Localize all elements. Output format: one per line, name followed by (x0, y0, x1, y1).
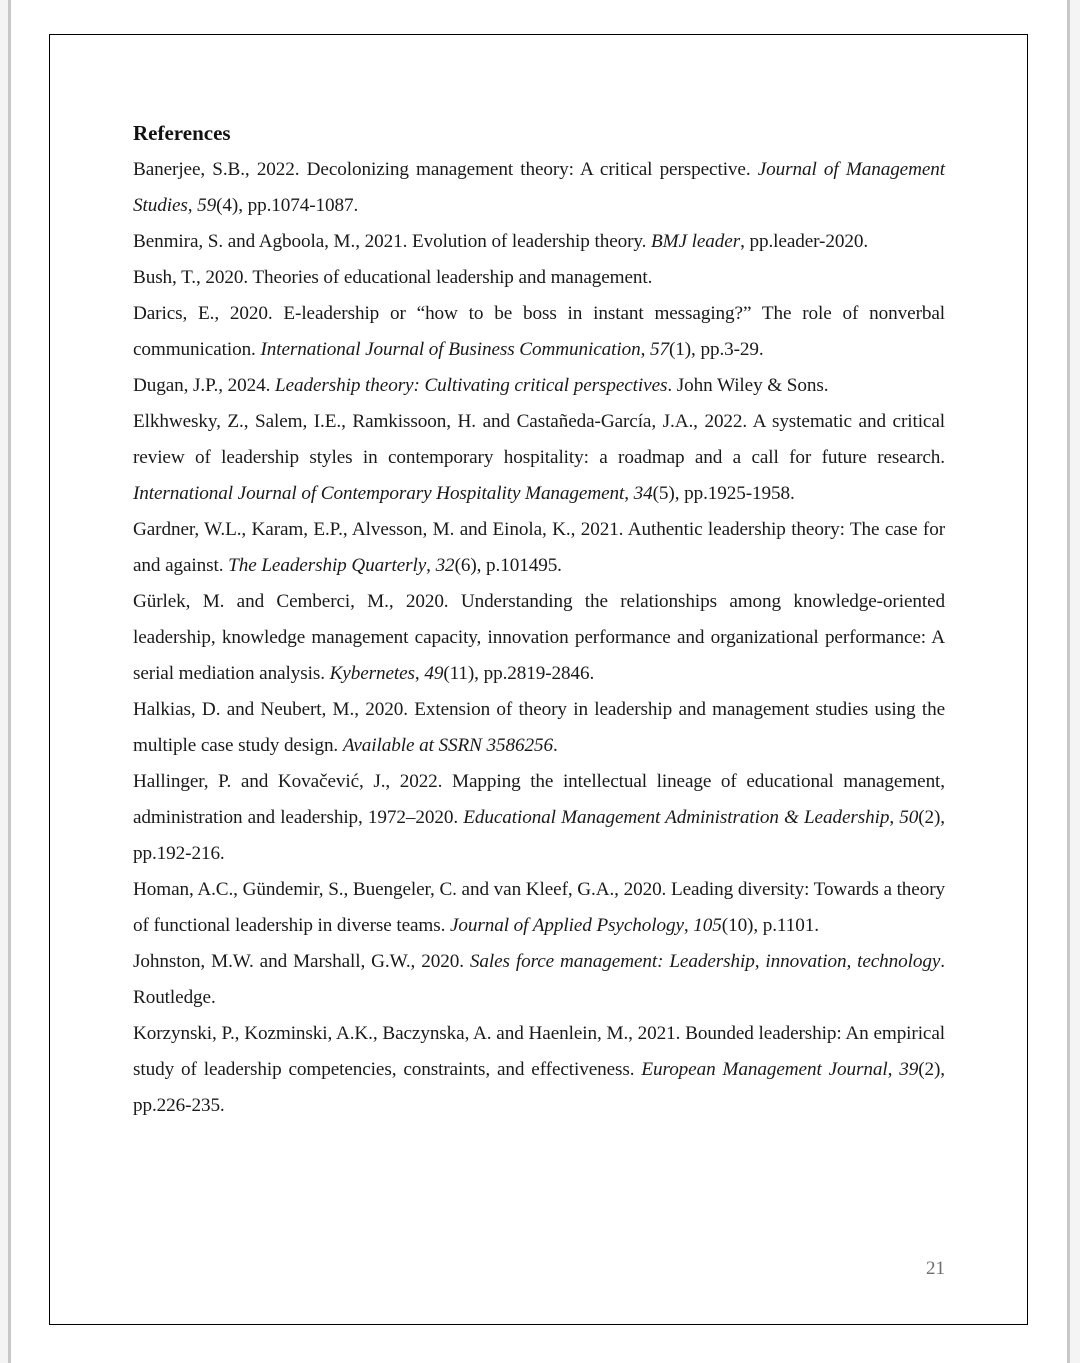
reference-italic-text: 59 (197, 195, 216, 216)
reference-text: , (889, 807, 899, 828)
viewer-left-edge (8, 0, 11, 1363)
references-section: References Banerjee, S.B., 2022. Decolon… (133, 118, 945, 1124)
reference-italic-text: Available at SSRN 3586256 (343, 735, 553, 756)
reference-italic-text: 32 (436, 555, 455, 576)
reference-italic-text: 39 (899, 1059, 918, 1080)
viewer-right-margin (1070, 0, 1080, 1363)
reference-entry: Benmira, S. and Agboola, M., 2021. Evolu… (133, 224, 945, 260)
page-number: 21 (915, 1258, 945, 1280)
reference-text: Johnston, M.W. and Marshall, G.W., 2020. (133, 951, 470, 972)
reference-italic-text: 105 (693, 915, 721, 936)
reference-italic-text: 57 (650, 339, 669, 360)
reference-italic-text: Leadership theory: Cultivating critical … (275, 375, 667, 396)
reference-italic-text: Kybernetes (330, 663, 415, 684)
reference-text: . John Wiley & Sons. (667, 375, 828, 396)
reference-entry: Hallinger, P. and Kovačević, J., 2022. M… (133, 764, 945, 872)
reference-italic-text: 50 (899, 807, 918, 828)
reference-entry: Korzynski, P., Kozminski, A.K., Baczynsk… (133, 1016, 945, 1124)
section-heading: References (133, 118, 945, 148)
reference-entry: Gürlek, M. and Cemberci, M., 2020. Under… (133, 584, 945, 692)
reference-italic-text: 34 (634, 483, 653, 504)
reference-text: . (553, 735, 558, 756)
reference-text: (11), pp.2819-2846. (443, 663, 594, 684)
reference-italic-text: 49 (424, 663, 443, 684)
reference-entry: Homan, A.C., Gündemir, S., Buengeler, C.… (133, 872, 945, 944)
reference-text: (10), p.1101. (722, 915, 819, 936)
reference-text: (5), pp.1925-1958. (653, 483, 795, 504)
reference-text: Elkhwesky, Z., Salem, I.E., Ramkissoon, … (133, 411, 945, 468)
reference-text: , (684, 915, 693, 936)
reference-entry: Darics, E., 2020. E-leadership or “how t… (133, 296, 945, 368)
reference-italic-text: Sales force management: Leadership, inno… (470, 951, 940, 972)
reference-text: , pp.leader-2020. (740, 231, 868, 252)
reference-entry: Gardner, W.L., Karam, E.P., Alvesson, M.… (133, 512, 945, 584)
reference-list: Banerjee, S.B., 2022. Decolonizing manag… (133, 152, 945, 1124)
reference-italic-text: International Journal of Business Commun… (260, 339, 640, 360)
reference-entry: Elkhwesky, Z., Salem, I.E., Ramkissoon, … (133, 404, 945, 512)
reference-text: Bush, T., 2020. Theories of educational … (133, 267, 652, 288)
reference-text: , (188, 195, 197, 216)
reference-text: (4), pp.1074-1087. (216, 195, 358, 216)
reference-text: Banerjee, S.B., 2022. Decolonizing manag… (133, 159, 758, 180)
reference-italic-text: European Management Journal (641, 1059, 887, 1080)
reference-text: , (415, 663, 424, 684)
reference-italic-text: Journal of Applied Psychology (450, 915, 684, 936)
reference-italic-text: Educational Management Administration & … (463, 807, 889, 828)
reference-entry: Bush, T., 2020. Theories of educational … (133, 260, 945, 296)
reference-text: Benmira, S. and Agboola, M., 2021. Evolu… (133, 231, 651, 252)
reference-text: , (888, 1059, 900, 1080)
reference-entry: Dugan, J.P., 2024. Leadership theory: Cu… (133, 368, 945, 404)
reference-entry: Johnston, M.W. and Marshall, G.W., 2020.… (133, 944, 945, 1016)
reference-italic-text: The Leadership Quarterly (228, 555, 426, 576)
reference-text: , (641, 339, 650, 360)
reference-text: (1), pp.3-29. (669, 339, 764, 360)
reference-entry: Halkias, D. and Neubert, M., 2020. Exten… (133, 692, 945, 764)
reference-text: (6), p.101495. (455, 555, 562, 576)
reference-italic-text: International Journal of Contemporary Ho… (133, 483, 624, 504)
reference-italic-text: BMJ leader (651, 231, 740, 252)
viewer-left-margin (0, 0, 8, 1363)
reference-text: , (624, 483, 633, 504)
reference-text: Dugan, J.P., 2024. (133, 375, 275, 396)
reference-text: , (426, 555, 435, 576)
reference-entry: Banerjee, S.B., 2022. Decolonizing manag… (133, 152, 945, 224)
